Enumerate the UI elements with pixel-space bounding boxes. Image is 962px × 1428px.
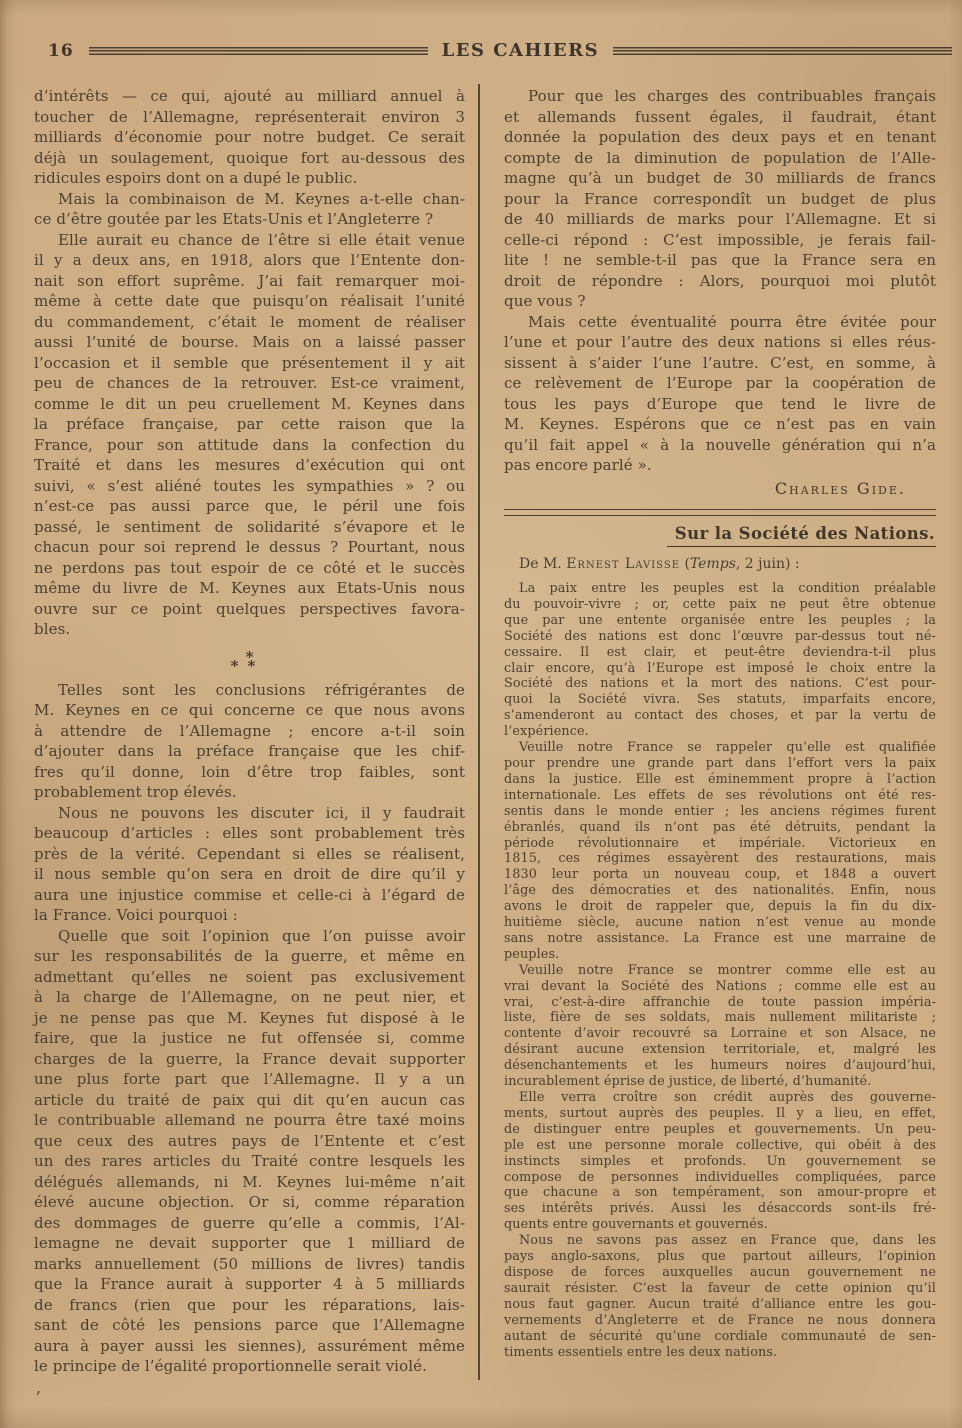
text-line: Veuille notre France se montrer comme el…: [504, 963, 936, 979]
text-line: sissent à s’aider l’une l’autre. C’est, …: [504, 353, 936, 374]
text-line: un des rares articles du Traité contre l…: [34, 1151, 465, 1172]
text-line: clair encore, qu’à l’Europe est imposé l…: [504, 661, 936, 677]
text-line: qu’il fait appel « à la nouvelle générat…: [504, 435, 936, 456]
text-line: même du livre de M. Keynes aux Etats-Uni…: [34, 578, 465, 599]
text-line: dans la justice. Elle est éminemment pro…: [504, 772, 936, 788]
text-line: comme le dit un peu cruellement M. Keyne…: [34, 394, 465, 415]
text-line: pour prendre une grande part dans l’effo…: [504, 756, 936, 772]
text-line: France, pour son attitude dans la confec…: [34, 435, 465, 456]
text-line: pays anglo-saxons, plus que partout aill…: [504, 1249, 936, 1265]
text-line: compte de la diminution de population de…: [504, 148, 936, 169]
paragraph: Nous ne savons pas assez en France que, …: [504, 1233, 936, 1360]
paragraph: Mais cette éventualité pourra être évité…: [504, 312, 936, 476]
text-line: je ne pense pas que M. Keynes fut dispos…: [34, 1008, 465, 1029]
asterism-icon: ***: [34, 653, 465, 671]
text-line: aura à payer aussi les siennes), assurém…: [34, 1336, 465, 1357]
text-line: passé, le sentiment de solidarité s’évap…: [34, 517, 465, 538]
text-line: beaucoup d’articles : elles sont probabl…: [34, 823, 465, 844]
text-line: de distinguer entre peuples et gouvernem…: [504, 1122, 936, 1138]
text-line: La paix entre les peuples est la conditi…: [504, 581, 936, 597]
text-line: peuples.: [504, 947, 936, 963]
text-line: sentis dans le monde entier ; les ancien…: [504, 804, 936, 820]
text-line: Elle aurait eu chance de l’être si elle …: [34, 230, 465, 251]
text-line: droit de répondre : Alors, pourquoi moi …: [504, 271, 936, 292]
paragraph: Veuille notre France se montrer comme el…: [504, 963, 936, 1090]
left-column: d’intérêts — ce qui, ajouté au milliard …: [34, 86, 465, 1377]
text-line: aura une injustice commise et celle-ci à…: [34, 885, 465, 906]
text-line: à attendre de l’Allemagne ; encore a-t-i…: [34, 721, 465, 742]
text-line: Elle verra croître son crédit auprès des…: [504, 1090, 936, 1106]
text-line: marks annuellement (50 millions de livre…: [34, 1254, 465, 1275]
text-line: vrai, c’est-à-dire affranchie de toute p…: [504, 995, 936, 1011]
text-line: contente d’avoir recouvré sa Lorraine et…: [504, 1026, 936, 1042]
text-line: cessaire. Il est clair, et peut-être dev…: [504, 645, 936, 661]
text-line: d’ajouter dans la préface française que …: [34, 741, 465, 762]
paragraph: Elle aurait eu chance de l’être si elle …: [34, 230, 465, 640]
text-line: sant de côté les pensions parce que l’Al…: [34, 1315, 465, 1336]
byline-part: De M.: [519, 556, 566, 572]
article-byline: De M. Ernest Lavisse (Temps, 2 juin) :: [504, 556, 936, 572]
text-line: M. Keynes. Espérons que ce n’est pas en …: [504, 414, 936, 435]
text-line: désirant aucune extension territoriale, …: [504, 1042, 936, 1058]
text-line: 1830 leur porta un nouveau coup, et 1848…: [504, 867, 936, 883]
text-line: que vous ?: [504, 291, 936, 312]
byline-part: Temps: [690, 556, 736, 572]
text-line: probablement trop élevés.: [34, 782, 465, 803]
text-line: Pour que les charges des contribuables f…: [504, 86, 936, 107]
text-line: charges de la guerre, la France devait s…: [34, 1049, 465, 1070]
text-line: ébranlés, quand ils n’ont pas été détrui…: [504, 820, 936, 836]
text-line: que chacune a son tempérament, son amour…: [504, 1185, 936, 1201]
paragraph: Quelle que soit l’opinion que l’on puiss…: [34, 926, 465, 1377]
text-line: bles.: [34, 619, 465, 640]
text-line: ouvre sur ce point quelques perspectives…: [34, 599, 465, 620]
text-line: Telles sont les conclusions réfrigérante…: [34, 680, 465, 701]
paragraph: Mais la combinaison de M. Keynes a-t-ell…: [34, 189, 465, 230]
text-line: liste, fière de ses soldats, mais nullem…: [504, 1010, 936, 1026]
text-line: Mais cette éventualité pourra être évité…: [504, 312, 936, 333]
page-number: 16: [48, 41, 74, 61]
text-line: avons le droit de rappeler que, depuis l…: [504, 899, 936, 915]
text-line: près de la vérité. Cependant si elles se…: [34, 844, 465, 865]
byline-part: , 2 juin) :: [736, 556, 800, 572]
text-line: il nous semble qu’on sera en droit de di…: [34, 864, 465, 885]
text-line: ridicules espoirs dont on a dupé le publ…: [34, 168, 465, 189]
text-line: vernements d’Angleterre et de France ne …: [504, 1313, 936, 1329]
text-line: Mais la combinaison de M. Keynes a-t-ell…: [34, 189, 465, 210]
text-line: faire, que la justice ne fut offensée si…: [34, 1028, 465, 1049]
text-line: du pouvoir-vivre ; or, cette paix ne peu…: [504, 597, 936, 613]
text-line: 1815, ces régimes essayèrent des restaur…: [504, 851, 936, 867]
paragraph: Telles sont les conclusions réfrigérante…: [34, 680, 465, 803]
header-rule-right-icon: [613, 47, 952, 55]
right-column: Pour que les charges des contribuables f…: [504, 86, 936, 1360]
column-divider: [478, 84, 480, 1380]
text-line: Traité et dans les mesures d’exécution q…: [34, 455, 465, 476]
paragraph: Nous ne pouvons les discuter ici, il y f…: [34, 803, 465, 926]
text-line: lemagne ne devait supporter que 1 millia…: [34, 1233, 465, 1254]
text-line: ple est une personne morale collective, …: [504, 1138, 936, 1154]
paragraph: Elle verra croître son crédit auprès des…: [504, 1090, 936, 1233]
author-signature: Charles Gide.: [504, 479, 936, 498]
page-header: 16 LES CAHIERS: [0, 40, 962, 61]
text-line: compose de personnes individuelles compl…: [504, 1170, 936, 1186]
text-line: l’expérience.: [504, 724, 936, 740]
text-line: délégués allemands, ni M. Keynes lui-mêm…: [34, 1172, 465, 1193]
text-line: huitième siècle, aucune nation n’est ven…: [504, 915, 936, 931]
text-line: la préface française, par cette raison q…: [34, 414, 465, 435]
paragraph: Pour que les charges des contribuables f…: [504, 86, 936, 312]
text-line: ses intérêts privés. Aussi les désaccord…: [504, 1201, 936, 1217]
asterisk-icon: **: [34, 662, 465, 671]
text-line: nous faut gagner. Aucun traité d’allianc…: [504, 1297, 936, 1313]
text-line: incurablement éprise de justice, de libe…: [504, 1074, 936, 1090]
text-line: de francs (rien que pour les réparations…: [34, 1295, 465, 1316]
paragraph: La paix entre les peuples est la conditi…: [504, 581, 936, 740]
text-line: élevé aucune objection. Or si, comme rép…: [34, 1192, 465, 1213]
text-line: Nous ne savons pas assez en France que, …: [504, 1233, 936, 1249]
text-line: il y a deux ans, en 1918, alors que l’En…: [34, 250, 465, 271]
text-line: celle-ci répond : C’est impossible, je f…: [504, 230, 936, 251]
text-line: tous les pays d’Europe que tend le livre…: [504, 394, 936, 415]
text-line: instincts simples et profonds. Un gouver…: [504, 1154, 936, 1170]
text-line: article du traité de paix qui dit qu’en …: [34, 1090, 465, 1111]
text-line: une plus forte part que l’Allemagne. Il …: [34, 1069, 465, 1090]
text-line: période révolutionnaire et impériale. Vi…: [504, 836, 936, 852]
text-line: et allemands fussent égales, il faudrait…: [504, 107, 936, 128]
text-line: Société des nations et la mort des natio…: [504, 676, 936, 692]
text-line: donnée la population des deux pays et en…: [504, 127, 936, 148]
text-line: fres qu’il donne, loin d’être trop faibl…: [34, 762, 465, 783]
section-heading-text: Sur la Société des Nations.: [667, 524, 936, 547]
text-line: le principe de l’égalité proportionnelle…: [34, 1356, 465, 1377]
text-line: que la France aurait à supporter 4 à 5 m…: [34, 1274, 465, 1295]
text-line: pas encore parlé ».: [504, 455, 936, 476]
text-line: à la charge de l’Allemagne, on ne peut n…: [34, 987, 465, 1008]
byline-part: Ernest Lavisse: [566, 556, 680, 572]
header-rule-left-icon: [89, 47, 428, 55]
text-line: ments, surtout auprès des peuples. Il y …: [504, 1106, 936, 1122]
text-line: timents essentiels entre les deux nation…: [504, 1345, 936, 1361]
text-line: magne qu’à un budget de 30 milliards de …: [504, 168, 936, 189]
text-line: d’intérêts — ce qui, ajouté au milliard …: [34, 86, 465, 107]
text-line: vrai devant la Société des Nations ; com…: [504, 979, 936, 995]
text-line: dispose de forces auxquelles aucun gouve…: [504, 1265, 936, 1281]
journal-title: LES CAHIERS: [442, 40, 600, 61]
text-line: des dommages de guerre qu’elle a commis,…: [34, 1213, 465, 1234]
text-line: toucher de l’Allemagne, représenterait e…: [34, 107, 465, 128]
paragraph: Veuille notre France se rappeler qu’elle…: [504, 740, 936, 963]
text-line: le contribuable allemand ne pourra être …: [34, 1110, 465, 1131]
text-line: aussi l’unité de bourse. Mais on a laiss…: [34, 332, 465, 353]
text-line: sur les responsabilités de la guerre, et…: [34, 946, 465, 967]
paragraph: d’intérêts — ce qui, ajouté au milliard …: [34, 86, 465, 189]
text-line: internationale. Les effets de ses révolu…: [504, 788, 936, 804]
text-line: du commandement, c’était le moment de ré…: [34, 312, 465, 333]
text-line: suivi, « s’est aliéné toutes les sympath…: [34, 476, 465, 497]
text-line: l’une et pour l’autre des deux nations s…: [504, 332, 936, 353]
text-line: saurait résister. C’est la faveur de cet…: [504, 1281, 936, 1297]
text-line: nait son effort suprême. J’ai fait remar…: [34, 271, 465, 292]
text-line: ce d’être goutée par les Etats-Unis et l…: [34, 209, 465, 230]
text-line: pour la France correspondît un budget de…: [504, 189, 936, 210]
text-line: l’occasion et il semble que présentement…: [34, 353, 465, 374]
text-line: que ceux des autres pays de l’Entente et…: [34, 1131, 465, 1152]
text-line: quoi la Société vivra. Ses statuts, impa…: [504, 692, 936, 708]
text-line: admettant qu’elles ne soient pas exclusi…: [34, 967, 465, 988]
text-line: M. Keynes en ce qui concerne ce que nous…: [34, 700, 465, 721]
text-line: la France. Voici pourquoi :: [34, 905, 465, 926]
text-line: Veuille notre France se rappeler qu’elle…: [504, 740, 936, 756]
text-line: peu de chances de la retrouver. Est-ce v…: [34, 373, 465, 394]
text-line: n’est-ce pas aussi parce que, le péril u…: [34, 496, 465, 517]
text-line: s’amenderont au contact des choses, et p…: [504, 708, 936, 724]
text-line: chacun pour soi reprend le dessus ? Pour…: [34, 537, 465, 558]
ink-speck: ,: [36, 1378, 41, 1397]
text-line: désenchantements et les humeurs noires d…: [504, 1058, 936, 1074]
text-line: même à cette date que puisqu’on réalisai…: [34, 291, 465, 312]
text-line: sans notre assistance. La France est une…: [504, 931, 936, 947]
text-line: que par une entente organisée entre les …: [504, 613, 936, 629]
text-line: autant de sécurité qu’une cordiale commu…: [504, 1329, 936, 1345]
text-line: ne perdons pas tout espoir de ce côté et…: [34, 558, 465, 579]
section-divider-rule: [504, 509, 936, 517]
section-heading: Sur la Société des Nations.: [504, 524, 936, 547]
scanned-page: 16 LES CAHIERS d’intérêts — ce qui, ajou…: [0, 0, 962, 1428]
text-line: déjà un soulagement, quoique fort au-des…: [34, 148, 465, 169]
byline-part: (: [680, 556, 690, 572]
text-line: ce relèvement de l’Europe par la coopéra…: [504, 373, 936, 394]
text-line: quents entre gouvernants et gouvernés.: [504, 1217, 936, 1233]
text-line: Nous ne pouvons les discuter ici, il y f…: [34, 803, 465, 824]
text-line: Quelle que soit l’opinion que l’on puiss…: [34, 926, 465, 947]
text-line: Société des nations est donc l’œuvre par…: [504, 629, 936, 645]
text-line: milliards d’économie pour notre budget. …: [34, 127, 465, 148]
text-line: lite ! ne semble-t-il pas que la France …: [504, 250, 936, 271]
text-line: l’âge des démocraties et des nationalité…: [504, 883, 936, 899]
text-line: de 40 milliards de marks pour l’Allemagn…: [504, 209, 936, 230]
